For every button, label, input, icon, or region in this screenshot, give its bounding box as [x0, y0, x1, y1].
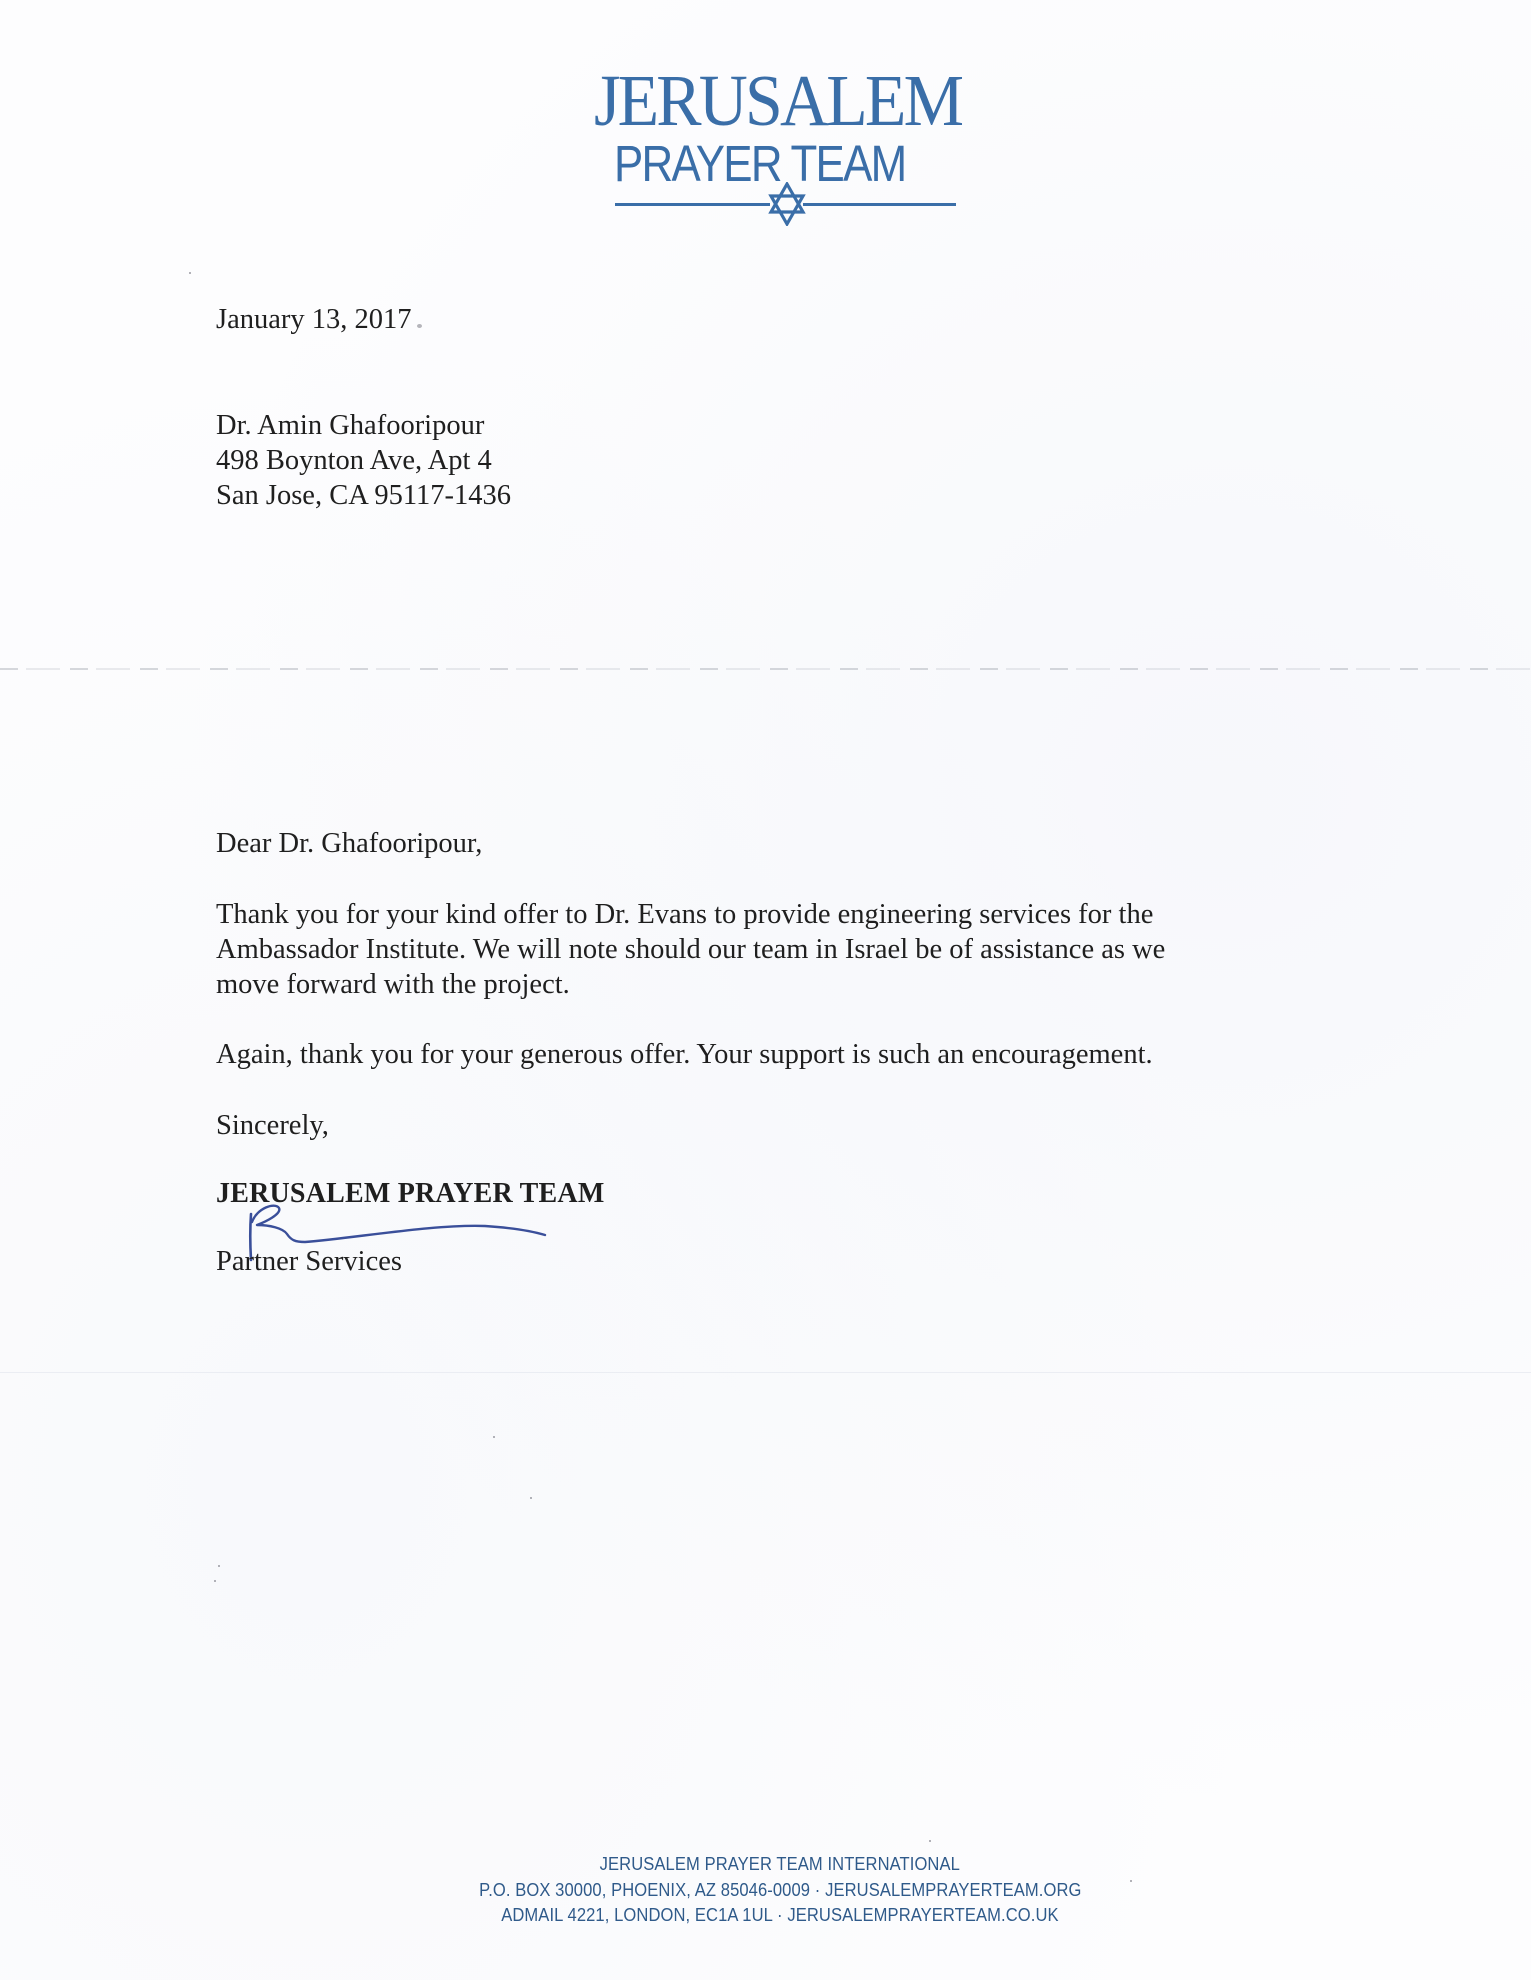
scan-speck [214, 1580, 216, 1582]
body-paragraph-2: Again, thank you for your generous offer… [216, 1037, 1153, 1072]
scan-speck [218, 1565, 220, 1567]
letter-page: JERUSALEM PRAYER TEAM January 13, 2017 D… [0, 0, 1531, 1980]
footer-uk-address: ADMAIL 4221, LONDON, EC1A 1UL · JERUSALE… [501, 1903, 1058, 1929]
letterhead-logo: JERUSALEM PRAYER TEAM [590, 64, 980, 244]
footer-org-name: JERUSALEM PRAYER TEAM INTERNATIONAL [600, 1852, 960, 1878]
recipient-name: Dr. Amin Ghafooripour [216, 408, 511, 443]
recipient-street: 498 Boynton Ave, Apt 4 [216, 443, 511, 478]
scan-speck [493, 1436, 495, 1438]
body-line: Thank you for your kind offer to Dr. Eva… [216, 897, 1165, 932]
recipient-city: San Jose, CA 95117-1436 [216, 478, 511, 513]
scan-speck [417, 324, 422, 328]
body-paragraph-1: Thank you for your kind offer to Dr. Eva… [216, 897, 1165, 1002]
body-line: Ambassador Institute. We will note shoul… [216, 932, 1165, 967]
closing: Sincerely, [216, 1108, 329, 1143]
recipient-address: Dr. Amin Ghafooripour 498 Boynton Ave, A… [216, 408, 511, 513]
star-of-david-icon [768, 182, 806, 226]
footer-us-address: P.O. BOX 30000, PHOENIX, AZ 85046-0009 ·… [479, 1878, 1081, 1904]
signature-department: Partner Services [216, 1244, 402, 1279]
logo-subtitle: PRAYER TEAM [614, 138, 905, 189]
salutation: Dear Dr. Ghafooripour, [216, 826, 482, 861]
letterhead-footer: JERUSALEM PRAYER TEAM INTERNATIONAL P.O.… [0, 1852, 1531, 1929]
scan-speck [189, 272, 191, 274]
body-line: Again, thank you for your generous offer… [216, 1037, 1153, 1072]
logo-rule-right [803, 203, 956, 206]
logo-title: JERUSALEM [594, 64, 961, 137]
scan-speck [929, 1840, 931, 1842]
scan-speck [530, 1497, 532, 1499]
logo-rule-left [615, 203, 770, 206]
body-line: move forward with the project. [216, 967, 1165, 1002]
letter-date: January 13, 2017 [216, 302, 412, 337]
paper-fold-crease [0, 668, 1531, 670]
paper-fold-crease-lower [0, 1372, 1531, 1373]
